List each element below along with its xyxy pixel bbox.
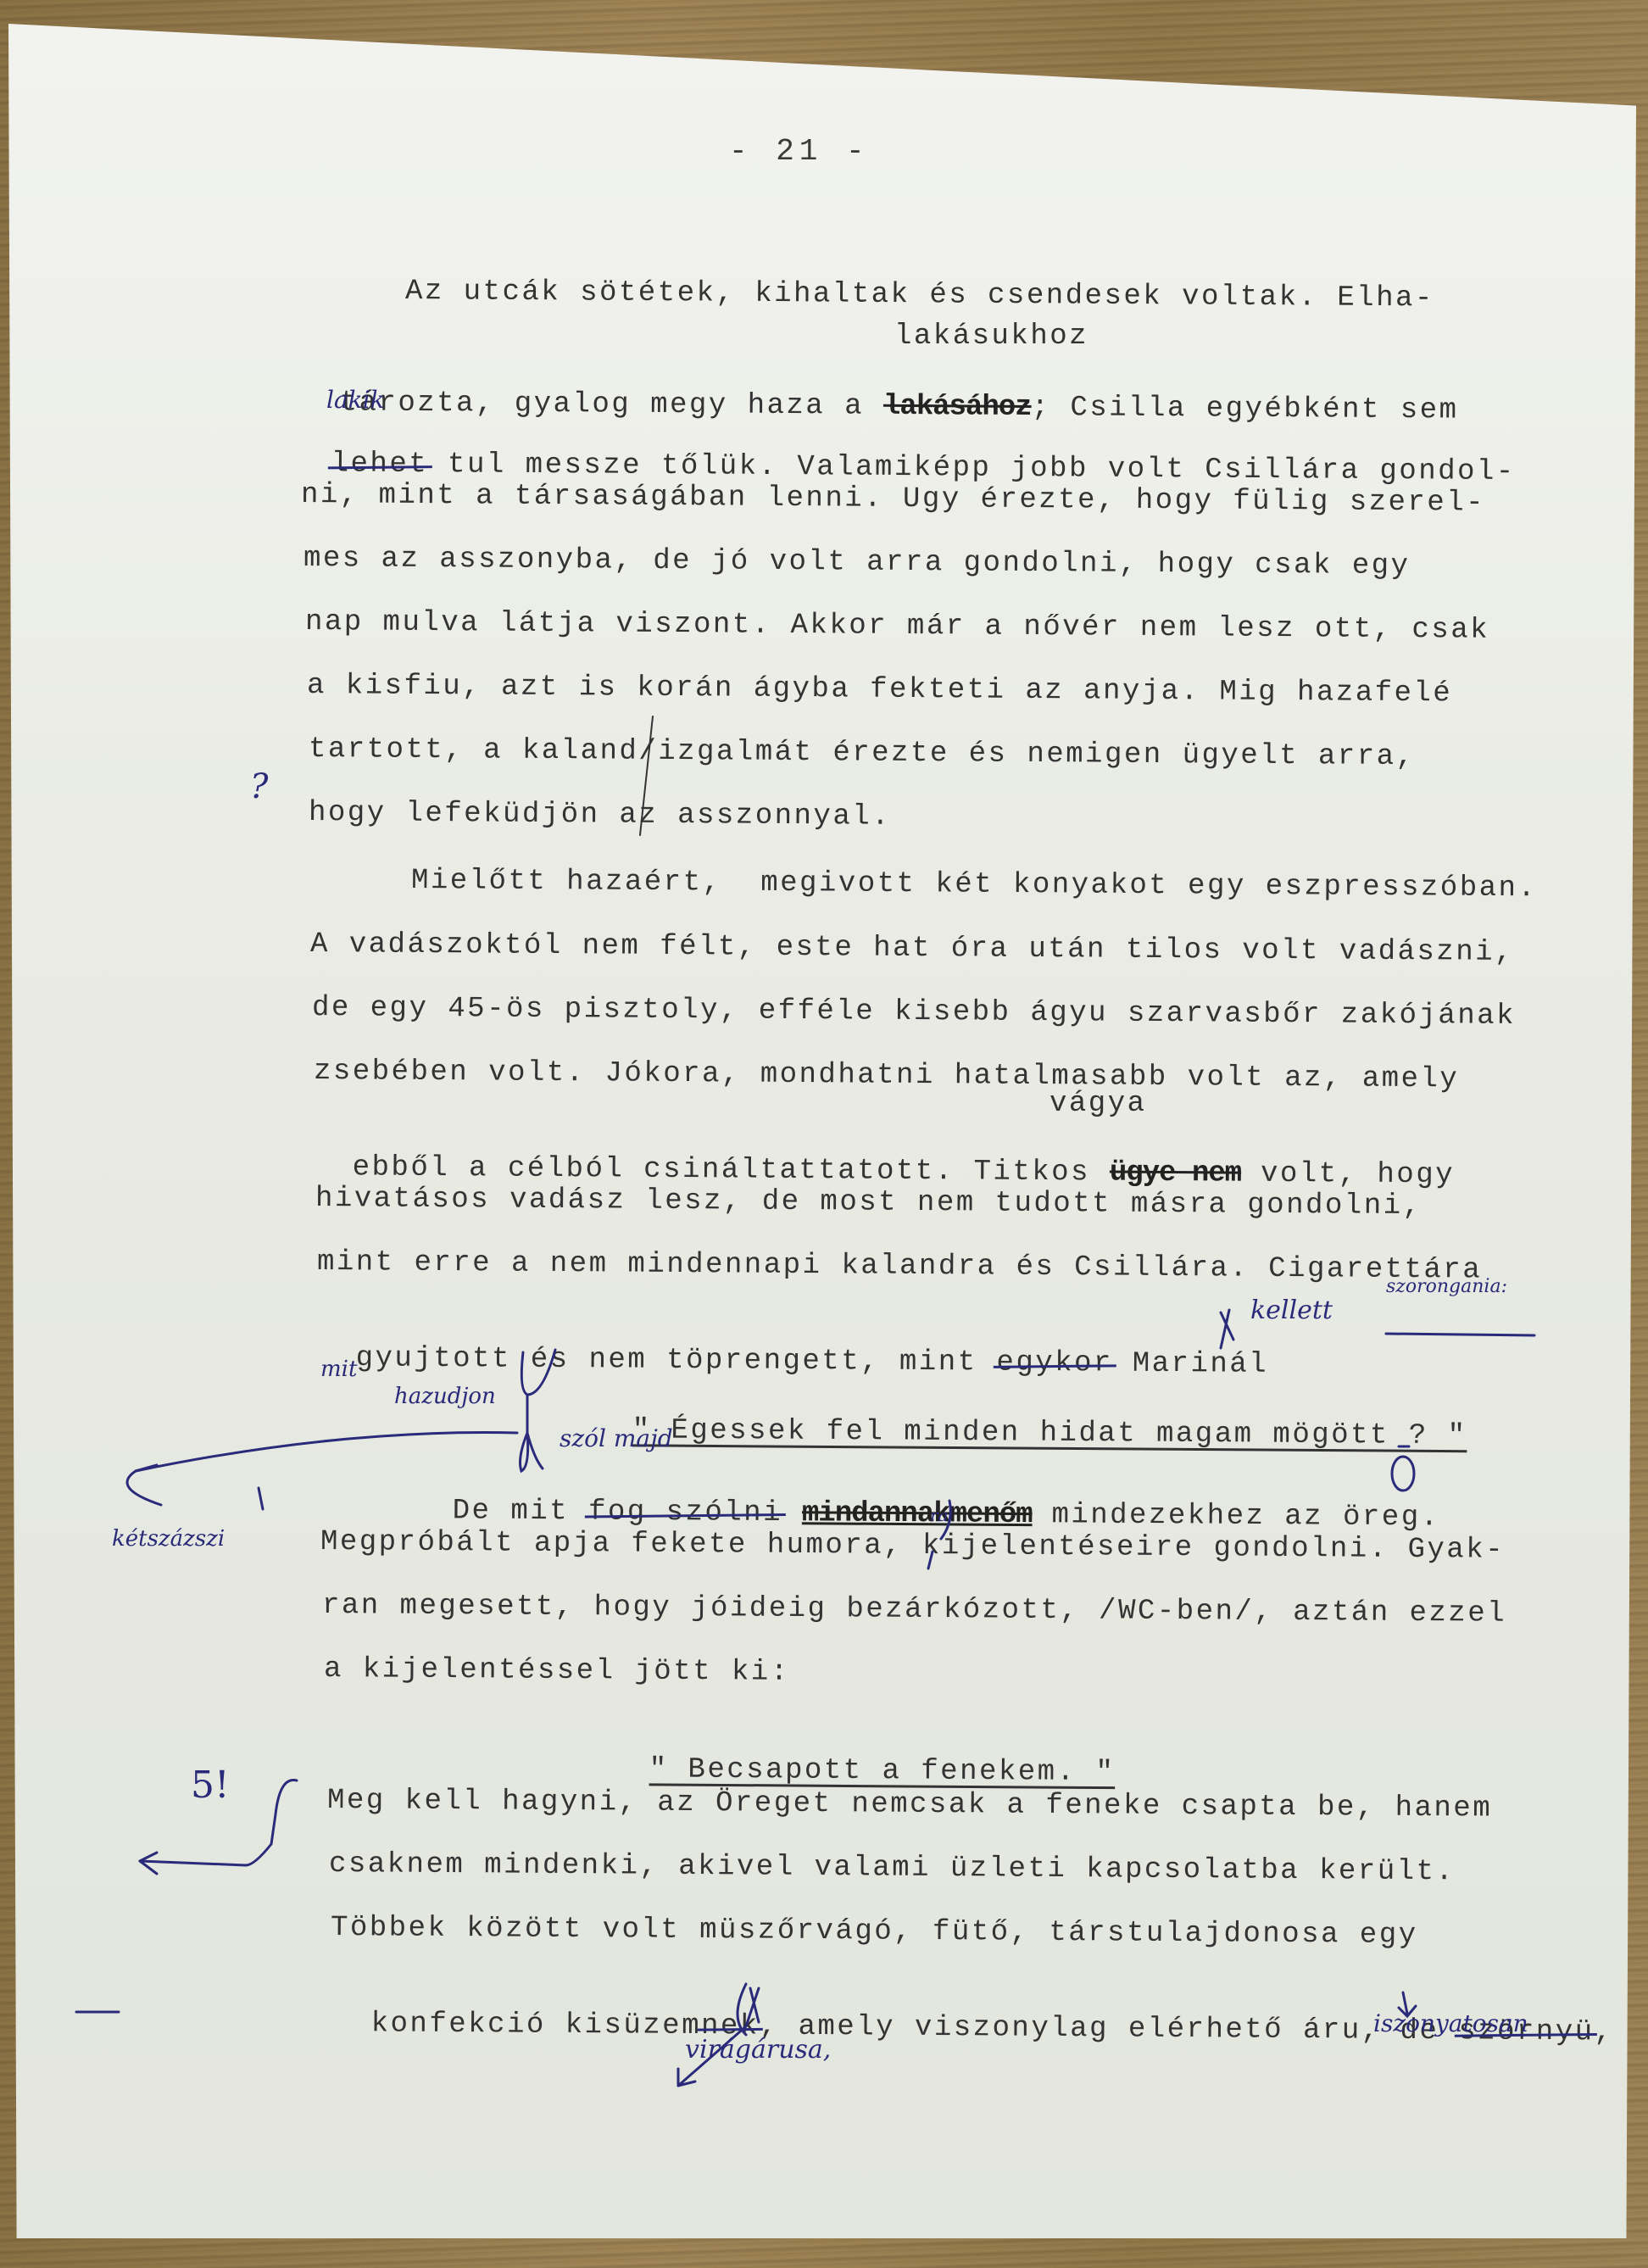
text-line: gyujtott és nem töprengett, mint egykor … [317,1310,1269,1381]
handwritten-question-mark: ? [250,767,268,806]
underlined-quote: " Égessek fel minden hidat magam mögött … [632,1414,1467,1452]
handwritten-szorongania: szorongania: [1386,1276,1507,1297]
text-line: hogy lefeküdjön az asszonnyal. [309,797,891,833]
struck-text: fog szólni [588,1496,782,1530]
struck-text: lehet [331,448,429,481]
underlined-quote: " Becsapott a fenekem. " [649,1753,1116,1789]
typed-insertion: lakásukhoz [894,320,1088,353]
handwritten-mit: mit [320,1357,357,1382]
text-segment: gyujtott és nem töprengett, mint [356,1342,997,1379]
text-line: De mit fog szólni mindannakmenőm mindeze… [414,1463,1440,1534]
text-line: lehet tul messze tőlük. Valamiképp jobb … [292,415,1516,488]
text-segment: konfekció kisüzem [371,2008,702,2042]
page-number: - 21 - [729,134,870,169]
struck-text: ügye nem [1110,1157,1241,1190]
text-segment: mindezekhez az öreg. [1032,1499,1439,1534]
text-segment: , amely viszonylag elérhető áru, de [760,2011,1459,2048]
handwritten-ra: ra [930,1505,948,1525]
handwritten-hazudjon: hazudjon [394,1384,496,1409]
text-segment: De mit [453,1495,589,1528]
typed-insertion: vágya [1049,1088,1147,1120]
handwritten-iszonyatosan: iszonyatosan [1373,2009,1528,2037]
quote-line: " Becsapott a fenekem. " [610,1721,1116,1789]
handwritten-five: 5! [191,1764,230,1807]
handwritten-viragarusa: virágárusa, [685,2035,831,2065]
handwritten-lakik: lakik [326,386,385,414]
struck-text: mindannakmenőm [802,1497,1033,1531]
handwritten-kellett: kellett [1250,1296,1333,1325]
text-segment: Marinál [1113,1348,1268,1381]
quote-line: " Égessek fel minden hidat magam mögött … [593,1382,1467,1452]
struck-text: egykor [996,1347,1113,1380]
text-line: ebből a célból csináltattatott. Titkos ü… [314,1119,1456,1191]
text-segment: volt, hogy [1241,1158,1455,1192]
handwritten-szol-majd: szól majd [560,1424,673,1452]
handwritten-margin-note: kétszázszi [112,1526,225,1552]
text-line: a kijelentéssel jött ki: [324,1653,790,1689]
